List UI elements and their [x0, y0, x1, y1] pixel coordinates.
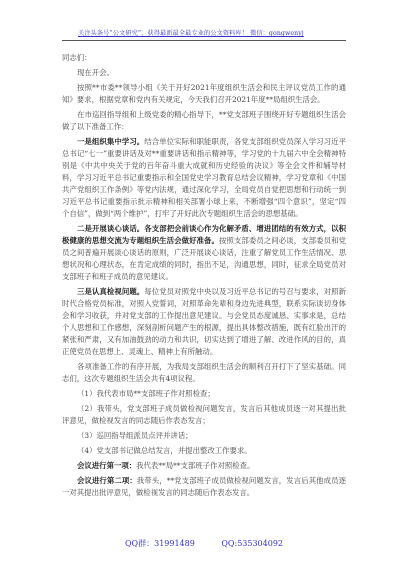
agenda-item-3: （3）巡回指导组派员点评并讲话； — [62, 430, 346, 442]
document-body: 同志们： 现在开会。 按照**市委**领导小组《关于开好2021年度组织生活会和… — [62, 52, 346, 502]
qq-number: QQ:535304092 — [221, 539, 283, 548]
header-banner: 关注头条号“公文研究”，获得最新最全最专业的公文资料库！ 微信：gongweny… — [62, 30, 346, 41]
paragraph: 在市巡回指导组和上级党委的精心指导下，**党支部班子围绕开好专题组织生活会做了以… — [62, 109, 346, 133]
paragraph-review: 三是认真检视问题。每位党员对照党中央以及习近平总书记的号召与要求，对照新时代合格… — [62, 286, 346, 358]
qq-group: QQ群：31991489 — [125, 539, 195, 548]
salutation: 同志们： — [62, 52, 346, 64]
agenda-item-1: （1）我代表市局**支部班子作对照检查； — [62, 388, 346, 400]
agenda-item-4: （4）党支部书记做总结发言，并提出整改工作要求。 — [62, 445, 346, 457]
agenda-step-2: 会议进行第二项：我带头，**党支部班子成员做检视问题发言，发言后其他成员逐一对其… — [62, 475, 346, 499]
agenda-item-2: （2）我带头，党支部班子成员做检视问题发言，发言后其他成员逐一对其提出批评意见，… — [62, 403, 346, 427]
footer-contacts: QQ群：31991489 QQ:535304092 — [0, 538, 408, 549]
header-banner-link[interactable]: 关注头条号“公文研究”，获得最新最全最专业的公文资料库！ 微信：gongweny… — [78, 30, 304, 38]
paragraph-agenda-intro: 各项准备工作的有序开展，为我局支部组织生活会的顺利召开打下了坚实基础。同志们，这… — [62, 361, 346, 385]
paragraph-talks: 二是开展谈心谈话。各支部把会前谈心作为化解矛盾、增进团结的有效方式，以积极健康的… — [62, 223, 346, 283]
paragraph: 现在开会。 — [62, 67, 346, 79]
agenda-step-1: 会议进行第一项：我代表**局**支部班子作对照检查。 — [62, 460, 346, 472]
paragraph: 按照**市委**领导小组《关于开好2021年度组织生活会和民主评议党员工作的通知… — [62, 82, 346, 106]
document-page: 关注头条号“公文研究”，获得最新最全最专业的公文资料库！ 微信：gongweny… — [0, 0, 408, 580]
paragraph-study: 一是组织集中学习。结合单位实际和职能职责，各党支部组织党员深入学习习近平总书记“… — [62, 136, 346, 220]
